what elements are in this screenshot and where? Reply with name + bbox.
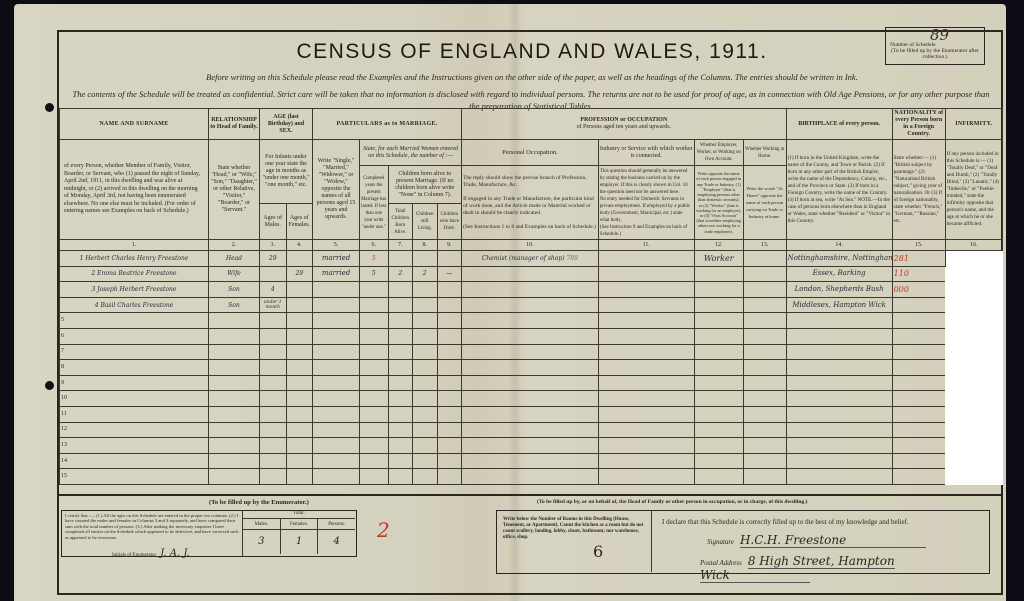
empty-row: 6 <box>60 328 1003 344</box>
total-females: 1 <box>281 530 318 554</box>
person-name: 4 Basil Charles Freestone <box>60 297 209 313</box>
empty-row: 14 <box>60 453 1003 469</box>
person-age-male: 29 <box>259 251 286 267</box>
person-birthplace: London, Shepherds Bush <box>786 282 892 298</box>
person-industry <box>598 297 694 313</box>
nationality-description: State whether:— (1) "British subject by … <box>892 140 945 240</box>
person-children-died <box>437 282 462 298</box>
total-children-label: Total Children Born Alive. <box>388 204 412 240</box>
person-employer-status <box>694 297 743 313</box>
person-age-female <box>286 251 313 267</box>
relationship-description: State whether "Head," or "Wife," "Son," … <box>208 140 259 240</box>
ages-females-label: Ages of Females. <box>286 204 313 240</box>
person-children-living <box>413 297 437 313</box>
punch-hole <box>45 381 54 390</box>
census-form: CENSUS OF ENGLAND AND WALES, 1911. Befor… <box>57 30 1003 595</box>
person-name: 2 Emma Beatrice Freestone <box>60 266 209 282</box>
person-children-died <box>437 297 462 313</box>
person-name: 3 Joseph Herbert Freestone <box>60 282 209 298</box>
person-name: 1 Herbert Charles Henry Freestone <box>60 251 209 267</box>
header-occupation: PROFESSION or OCCUPATIONof Persons aged … <box>462 109 787 140</box>
column-numbers: 1. 2. 3. 4. 5. 6. 7. 8. 9. 10. 11. 12. 1… <box>60 240 1003 251</box>
person-years-married <box>359 282 388 298</box>
person-children-living: 2 <box>413 266 437 282</box>
redacted-infirmity-column <box>945 251 1002 485</box>
empty-row: 12 <box>60 422 1003 438</box>
person-years-married: 5 <box>359 266 388 282</box>
infirmity-description: If any person included in this Schedule … <box>945 140 1002 240</box>
enumerator-title: (To be filled up by the Enumerator.) <box>209 499 309 506</box>
empty-row: 13 <box>60 438 1003 454</box>
red-annotation: 2 <box>377 518 390 542</box>
rooms-count: 6 <box>593 549 603 555</box>
person-at-home <box>743 251 786 267</box>
census-table: NAME AND SURNAME RELATIONSHIP to Head of… <box>59 108 1003 485</box>
enumerator-initials: Initials of EnumeratorJ. A. J. <box>112 548 190 559</box>
person-marital-status: married <box>313 251 360 267</box>
personal-occupation-description: The reply should show the precise branch… <box>462 166 599 240</box>
empty-row: 8 <box>60 360 1003 376</box>
person-birthplace: Essex, Barking <box>786 266 892 282</box>
industry-heading: Industry or Service with which worker is… <box>598 140 694 166</box>
punch-hole <box>45 103 54 112</box>
declaration: I declare that this Schedule is correctl… <box>662 518 909 526</box>
postal-address-line: Postal Address8 High Street, Hampton Wic… <box>700 554 989 582</box>
header-infirmity: INFIRMITY. <box>945 109 1002 140</box>
married-woman-description: State, for each Married Woman entered on… <box>359 140 461 166</box>
person-industry <box>598 266 694 282</box>
home-description: Write the words "At Home" opposite the n… <box>743 166 786 240</box>
empty-row: 15 <box>60 469 1003 485</box>
header-birthplace: BIRTHPLACE of every person. <box>786 109 892 140</box>
person-age-female <box>286 282 313 298</box>
person-at-home <box>743 297 786 313</box>
empty-row: 11 <box>60 406 1003 422</box>
age-description: For Infants under one year state the age… <box>259 140 312 204</box>
enumerator-certification: I certify that :— (1.) All the ages on t… <box>65 513 241 540</box>
header-relationship: RELATIONSHIP to Head of Family. <box>208 109 259 140</box>
total-persons: 4 <box>318 530 355 554</box>
enumerator-box: I certify that :— (1.) All the ages on t… <box>61 510 357 557</box>
person-industry <box>598 251 694 267</box>
person-years-married <box>359 297 388 313</box>
person-children-living <box>413 282 437 298</box>
totals-table: Total. Males.3 Females.1 Persons.4 <box>242 511 355 556</box>
footer-section: (To be filled up by the Enumerator.) I c… <box>59 494 1003 594</box>
signature-value: H.C.H. Freestone <box>740 533 926 548</box>
person-age-male: 4 <box>259 282 286 298</box>
employer-description: Write opposite the name of each person e… <box>694 166 743 240</box>
industry-description: This question should generally be answer… <box>598 166 694 240</box>
person-birthplace: Nottinghamshire, Nottingham <box>786 251 892 267</box>
header-name: NAME AND SURNAME <box>60 109 209 140</box>
person-children-living <box>413 251 437 267</box>
header-age: AGE (last Birthday) and SEX. <box>259 109 312 140</box>
ages-males-label: Ages of Males. <box>259 204 286 240</box>
head-of-family-title: (To be filled up by, or on behalf of, th… <box>537 499 807 505</box>
home-heading: Whether Working at Home. <box>743 140 786 166</box>
person-marital-status: married <box>313 266 360 282</box>
person-children-died <box>437 251 462 267</box>
document-title: CENSUS OF ENGLAND AND WALES, 1911. <box>59 40 1005 64</box>
status-description: Write "Single," "Married," "Widower," or… <box>313 140 360 240</box>
rooms-instruction: Write below the Number of Rooms in this … <box>497 511 652 572</box>
person-age-male <box>259 266 286 282</box>
person-row: 4 Basil Charles Freestone Son under 1 mo… <box>60 297 1003 313</box>
children-died-label: Children who have Died. <box>437 204 462 240</box>
person-occupation <box>462 282 599 298</box>
person-children-born <box>388 251 412 267</box>
empty-row: 5 <box>60 313 1003 329</box>
header-nationality: NATIONALITY of every Person born in a Fo… <box>892 109 945 140</box>
person-relationship: Son <box>208 297 259 313</box>
total-males: 3 <box>243 530 280 554</box>
head-of-family-box: Write below the Number of Rooms in this … <box>496 510 990 574</box>
name-description: of every Person, whether Member of Famil… <box>60 140 209 240</box>
person-row: 3 Joseph Herbert Freestone Son 4 London,… <box>60 282 1003 298</box>
person-row: 2 Emma Beatrice Freestone Wife 29 marrie… <box>60 266 1003 282</box>
person-at-home <box>743 282 786 298</box>
person-marital-status <box>313 282 360 298</box>
person-industry <box>598 282 694 298</box>
header-marriage: PARTICULARS as to MARRIAGE. <box>313 109 462 140</box>
person-relationship: Wife <box>208 266 259 282</box>
birthplace-description: (1) If born in the United Kingdom, write… <box>786 140 892 240</box>
person-marital-status <box>313 297 360 313</box>
person-employer-status: Worker <box>694 251 743 267</box>
person-relationship: Son <box>208 282 259 298</box>
person-employer-status <box>694 266 743 282</box>
empty-row: 10 <box>60 391 1003 407</box>
empty-row: 9 <box>60 375 1003 391</box>
schedule-number-value: 89 <box>930 26 949 44</box>
children-description: Children born alive to present Marriage.… <box>388 166 462 204</box>
signature-line: SignatureH.C.H. Freestone <box>707 533 926 547</box>
person-years-married: 5 <box>359 251 388 267</box>
person-age-female: 29 <box>286 266 313 282</box>
person-children-born <box>388 282 412 298</box>
children-living-label: Children still Living. <box>413 204 437 240</box>
person-children-died: — <box>437 266 462 282</box>
person-age-female <box>286 297 313 313</box>
person-children-born: 2 <box>388 266 412 282</box>
person-row: 1 Herbert Charles Henry Freestone Head 2… <box>60 251 1003 267</box>
employer-heading: Whether Employer, Worker, or Working on … <box>694 140 743 166</box>
birthplace-code: 000 <box>892 282 945 298</box>
schedule-number-box: 89 Number of Schedule (To be filled up b… <box>885 27 985 65</box>
schedule-number-note: (To be filled up by the Enumerator after… <box>890 48 980 60</box>
birthplace-code: 110 <box>892 266 945 282</box>
person-children-born <box>388 297 412 313</box>
person-occupation: Chemist (manager of shop) 789 <box>462 251 599 267</box>
person-birthplace: Middlesex, Hampton Wick <box>786 297 892 313</box>
person-occupation <box>462 297 599 313</box>
birthplace-code <box>892 297 945 313</box>
person-employer-status <box>694 282 743 298</box>
personal-occupation-heading: Personal Occupation. <box>462 140 599 166</box>
person-occupation <box>462 266 599 282</box>
empty-row: 7 <box>60 344 1003 360</box>
person-at-home <box>743 266 786 282</box>
person-age-male: under 1 month <box>259 297 286 313</box>
birthplace-code: 281 <box>892 251 945 267</box>
years-description: Completed years the present Marriage has… <box>359 166 388 240</box>
instruction-line: Before writing on this Schedule please r… <box>59 72 1005 82</box>
person-relationship: Head <box>208 251 259 267</box>
